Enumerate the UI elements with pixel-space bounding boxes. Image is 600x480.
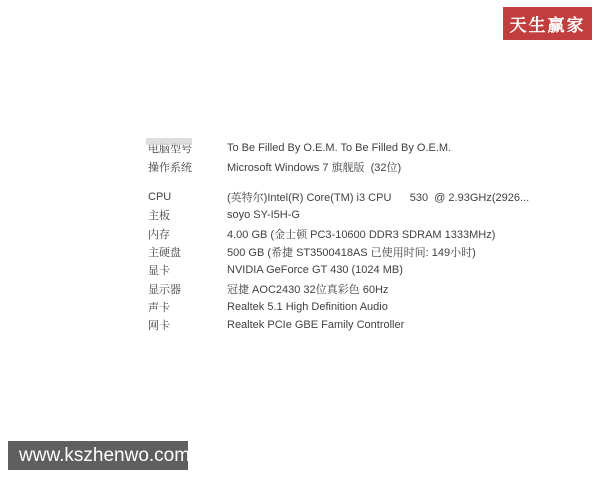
spec-row-memory: 内存 4.00 GB (金士顿 PC3-10600 DDR3 SDRAM 133… (148, 224, 529, 242)
site-watermark: www.kszhenwo.com (8, 441, 188, 470)
spec-value: (英特尔)Intel(R) Core(TM) i3 CPU 530 @ 2.93… (227, 189, 529, 205)
spec-value: Microsoft Windows 7 旗舰版 (32位) (227, 159, 401, 175)
spec-row-hdd: 主硬盘 500 GB (希捷 ST3500418AS 已使用时间: 149小时) (148, 243, 529, 261)
spec-value: 500 GB (希捷 ST3500418AS 已使用时间: 149小时) (227, 244, 476, 260)
spec-row-monitor: 显示器 冠捷 AOC2430 32位真彩色 60Hz (148, 279, 529, 297)
watermark-badge: 天生赢家 (503, 7, 592, 40)
spec-label: 主硬盘 (148, 244, 227, 260)
spec-label: 显卡 (148, 262, 227, 278)
spec-group-hardware: CPU (英特尔)Intel(R) Core(TM) i3 CPU 530 @ … (148, 188, 529, 335)
spec-value: 冠捷 AOC2430 32位真彩色 60Hz (227, 281, 388, 297)
spec-row-motherboard: 主板 soyo SY-I5H-G (148, 206, 529, 224)
spec-value: Realtek 5.1 High Definition Audio (227, 301, 388, 313)
spec-value: 4.00 GB (金士顿 PC3-10600 DDR3 SDRAM 1333MH… (227, 226, 495, 242)
spec-row-computer-model: 电脑型号 To Be Filled By O.E.M. To Be Filled… (148, 139, 529, 157)
spec-label: 操作系统 (148, 159, 227, 175)
spec-value: soyo SY-I5H-G (227, 209, 300, 221)
spec-row-gpu: 显卡 NVIDIA GeForce GT 430 (1024 MB) (148, 261, 529, 279)
cutoff-row-highlight (146, 138, 192, 145)
spec-value: Realtek PCIe GBE Family Controller (227, 319, 404, 331)
spec-label: 网卡 (148, 317, 227, 333)
spec-label: 显示器 (148, 281, 227, 297)
hardware-spec-list: 电脑型号 To Be Filled By O.E.M. To Be Filled… (148, 139, 529, 334)
spec-value: NVIDIA GeForce GT 430 (1024 MB) (227, 264, 403, 276)
spec-label: 内存 (148, 226, 227, 242)
spec-group-system: 电脑型号 To Be Filled By O.E.M. To Be Filled… (148, 139, 529, 176)
spec-value: To Be Filled By O.E.M. To Be Filled By O… (227, 142, 451, 154)
spec-row-nic: 网卡 Realtek PCIe GBE Family Controller (148, 316, 529, 334)
spec-row-os: 操作系统 Microsoft Windows 7 旗舰版 (32位) (148, 157, 529, 175)
spec-row-cpu: CPU (英特尔)Intel(R) Core(TM) i3 CPU 530 @ … (148, 188, 529, 206)
spec-label: 声卡 (148, 299, 227, 315)
spec-label: 主板 (148, 207, 227, 223)
spec-row-audio: 声卡 Realtek 5.1 High Definition Audio (148, 298, 529, 316)
spec-label: CPU (148, 191, 227, 203)
